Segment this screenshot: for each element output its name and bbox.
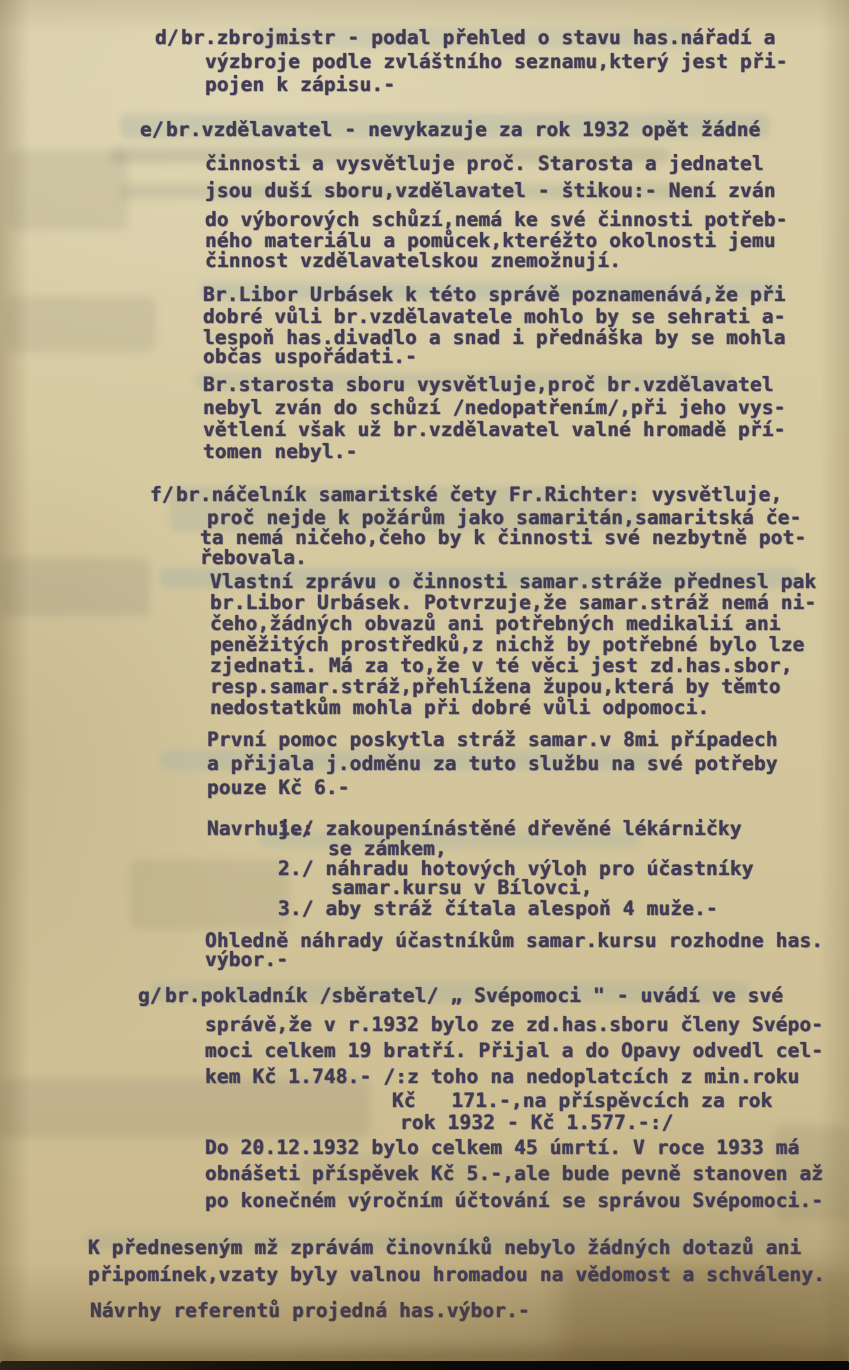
text-line: pouze Kč 6.- [207, 777, 350, 799]
item-e-heading: br.vzdělavatel - nevykazuje za rok 1932 … [166, 119, 761, 141]
text-line: a přijala j.odměnu za tuto službu na své… [207, 753, 778, 775]
text-line: Br.Libor Urbásek k této správě poznamená… [203, 284, 786, 306]
text-line: jsou duší sboru,vzdělavatel - štikou:- N… [205, 180, 776, 202]
text-line: peněžitých prostředků,z nichž by potřebn… [210, 634, 805, 656]
item-f-heading: br.náčelník samaritské čety Fr.Richter: … [176, 484, 782, 506]
text-line: správě,že v r.1932 bylo ze zd.has.sboru … [205, 1014, 823, 1036]
bleed-through-smudge [0, 558, 150, 616]
item-g-heading: br.pokladník /sběratel/ „ Svépomoci " - … [165, 985, 783, 1007]
text-line: činnosti a vysvětluje proč. Starosta a j… [205, 153, 764, 175]
bleed-through-smudge [130, 860, 290, 930]
text-line: br.Libor Urbásek. Potvrzuje,že samar.str… [210, 592, 816, 614]
text-line: kem Kč 1.748.- /:z toho na nedoplatcích … [205, 1066, 800, 1088]
text-line: zjednati. Má za to,že v té věci jest zd.… [210, 655, 793, 677]
text-line: Vlastní zprávu o činnosti samar.stráže p… [210, 571, 816, 593]
amount-line: rok 1932 - Kč 1.577.-:/ [400, 1112, 673, 1134]
text-line: Ohledně náhrady účastníkům samar.kursu r… [205, 930, 823, 952]
text-line: Do 20.12.1932 bylo celkem 45 úmrtí. V ro… [205, 1137, 800, 1159]
text-line: moci celkem 19 bratří. Přijal a do Opavy… [205, 1040, 823, 1062]
text-line: Br.starosta sboru vysvětluje,proč br.vzd… [203, 374, 774, 396]
proposal-item-cont: samar.kursu v Bílovci, [331, 877, 593, 899]
item-d-marker: d/ [155, 27, 179, 49]
text-line: větlení však už br.vzdělavatel valné hro… [203, 419, 786, 441]
text-line: po konečném výročním účtování se správou… [205, 1190, 823, 1212]
text-line: dobré vůli br.vzdělavatele mohlo by se s… [203, 306, 786, 328]
item-g-marker: g/ [138, 985, 162, 1007]
text-line: občas uspořádati.- [203, 346, 417, 368]
text-line: do výborových schůzí,nemá ke své činnost… [205, 209, 788, 231]
text-line: výzbroje podle zvláštního seznamu,který … [205, 51, 788, 73]
closing-line: připomínek,vzaty byly valnou hromadou na… [88, 1264, 825, 1286]
closing-line: K předneseným mž zprávám činovníků nebyl… [88, 1237, 801, 1259]
text-line: výbor.- [205, 949, 288, 971]
text-line: První pomoc poskytla stráž samar.v 8mi p… [207, 729, 778, 751]
text-line: resp.samar.stráž,přehlížena župou,která … [210, 676, 781, 698]
scanned-document-page: d/ br.zbrojmistr - podal přehled o stavu… [0, 0, 849, 1370]
page-bottom-edge [0, 1361, 849, 1370]
text-line: nedostatkům mohla při dobré vůli odpomoc… [210, 697, 709, 719]
proposal-item: 3./ aby stráž čítala alespoň 4 muže.- [278, 898, 718, 920]
text-line: tomen nebyl.- [203, 441, 358, 463]
closing-line: Návrhy referentů projedná has.výbor.- [90, 1300, 530, 1322]
bleed-through-smudge [8, 150, 128, 230]
text-line: nebyl zván do schůzí /nedopatřením/,při … [203, 397, 786, 419]
text-line: obnášeti příspěvek Kč 5.-,ale bude pevně… [205, 1163, 823, 1185]
item-d-heading: br.zbrojmistr - podal přehled o stavu ha… [181, 27, 776, 49]
item-f-marker: f/ [150, 484, 174, 506]
text-line: čeho,žádných obvazů ani potřebných medik… [210, 613, 781, 635]
text-line: řebovala. [200, 547, 307, 569]
amount-line: Kč 171.-,na příspěvcích za rok [392, 1090, 772, 1112]
text-line: činnost vzdělavatelskou znemožnují. [205, 250, 621, 272]
text-line: pojen k zápisu.- [205, 74, 395, 96]
bleed-through-smudge [6, 296, 156, 352]
item-e-marker: e/ [140, 119, 164, 141]
